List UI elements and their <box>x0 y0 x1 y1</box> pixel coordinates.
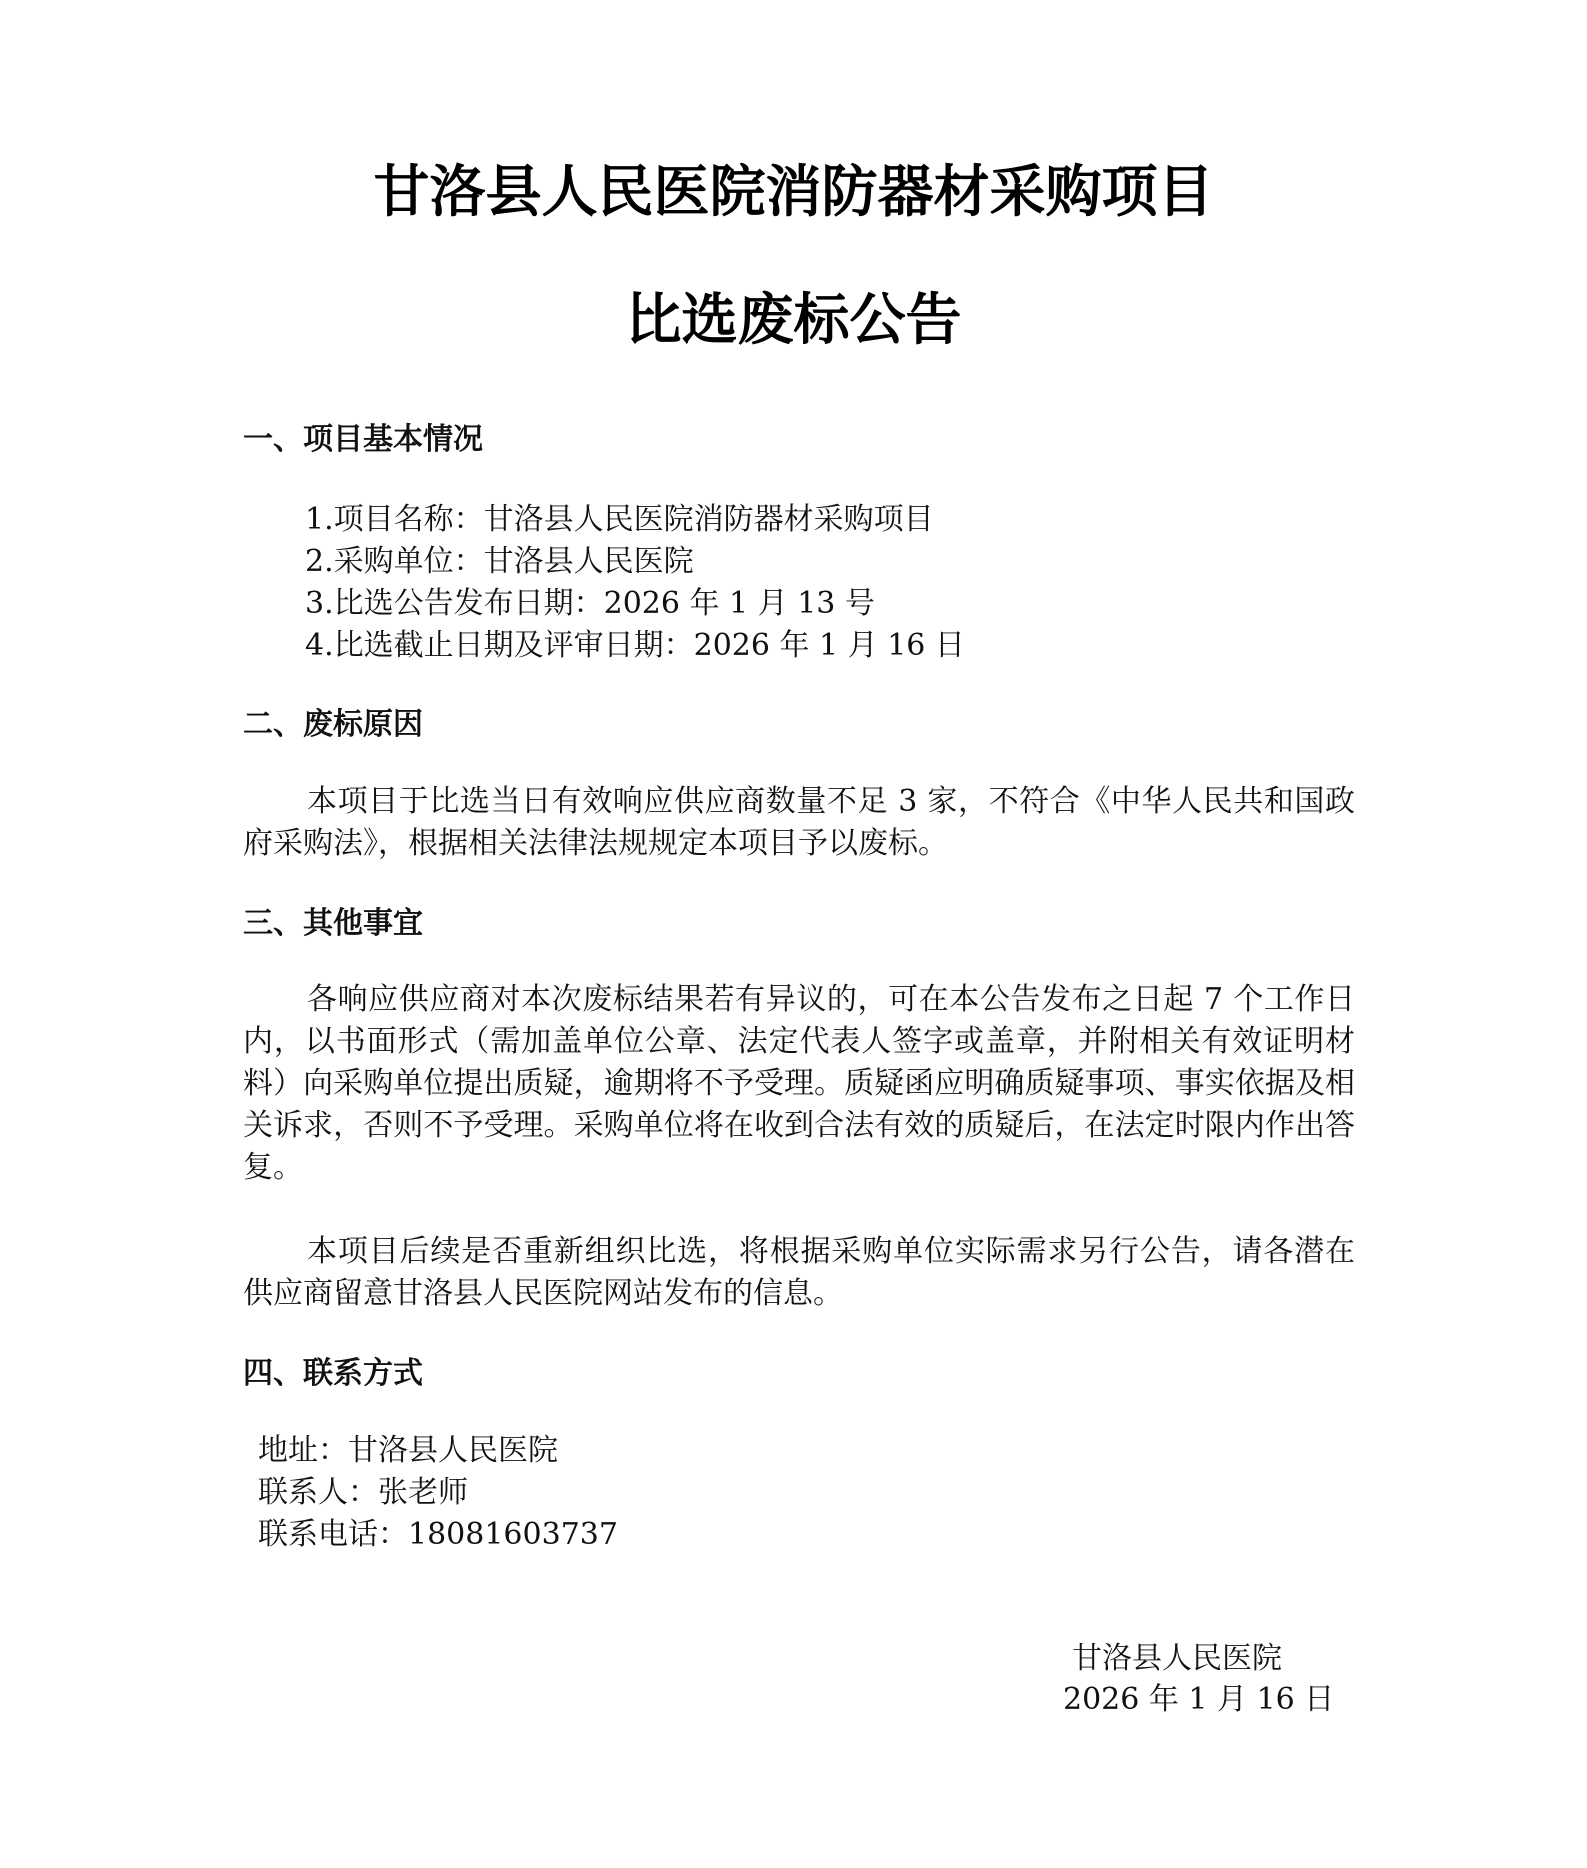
section-heading-basic-info: 一、项目基本情况 <box>243 420 483 460</box>
contact-phone: 联系电话：18081603737 <box>258 1515 618 1555</box>
contact-person: 联系人：张老师 <box>258 1473 468 1513</box>
signature-date: 2026 年 1 月 16 日 <box>1063 1680 1334 1720</box>
section-heading-contact: 四、联系方式 <box>243 1354 423 1394</box>
document-page: 甘洛县人民医院消防器材采购项目 比选废标公告 一、项目基本情况 1.项目名称：甘… <box>0 0 1587 1868</box>
reason-paragraph: 本项目于比选当日有效响应供应商数量不足 3 家，不符合《中华人民共和国政府采购法… <box>243 781 1355 865</box>
objection-paragraph: 各响应供应商对本次废标结果若有异议的，可在本公告发布之日起 7 个工作日内，以书… <box>243 979 1355 1189</box>
signature-organization: 甘洛县人民医院 <box>1072 1639 1282 1679</box>
follow-up-paragraph: 本项目后续是否重新组织比选，将根据采购单位实际需求另行公告，请各潜在供应商留意甘… <box>243 1231 1355 1315</box>
info-item-project-name: 1.项目名称：甘洛县人民医院消防器材采购项目 <box>305 500 934 540</box>
document-title: 甘洛县人民医院消防器材采购项目 <box>0 160 1587 224</box>
section-heading-other-matters: 三、其他事宜 <box>243 904 423 944</box>
info-item-deadline-date: 4.比选截止日期及评审日期：2026 年 1 月 16 日 <box>305 626 965 666</box>
contact-address: 地址：甘洛县人民医院 <box>258 1431 558 1471</box>
info-item-publish-date: 3.比选公告发布日期：2026 年 1 月 13 号 <box>305 584 875 624</box>
section-heading-reason: 二、废标原因 <box>243 705 423 745</box>
document-subtitle: 比选废标公告 <box>0 288 1587 352</box>
info-item-purchaser: 2.采购单位：甘洛县人民医院 <box>305 542 694 582</box>
